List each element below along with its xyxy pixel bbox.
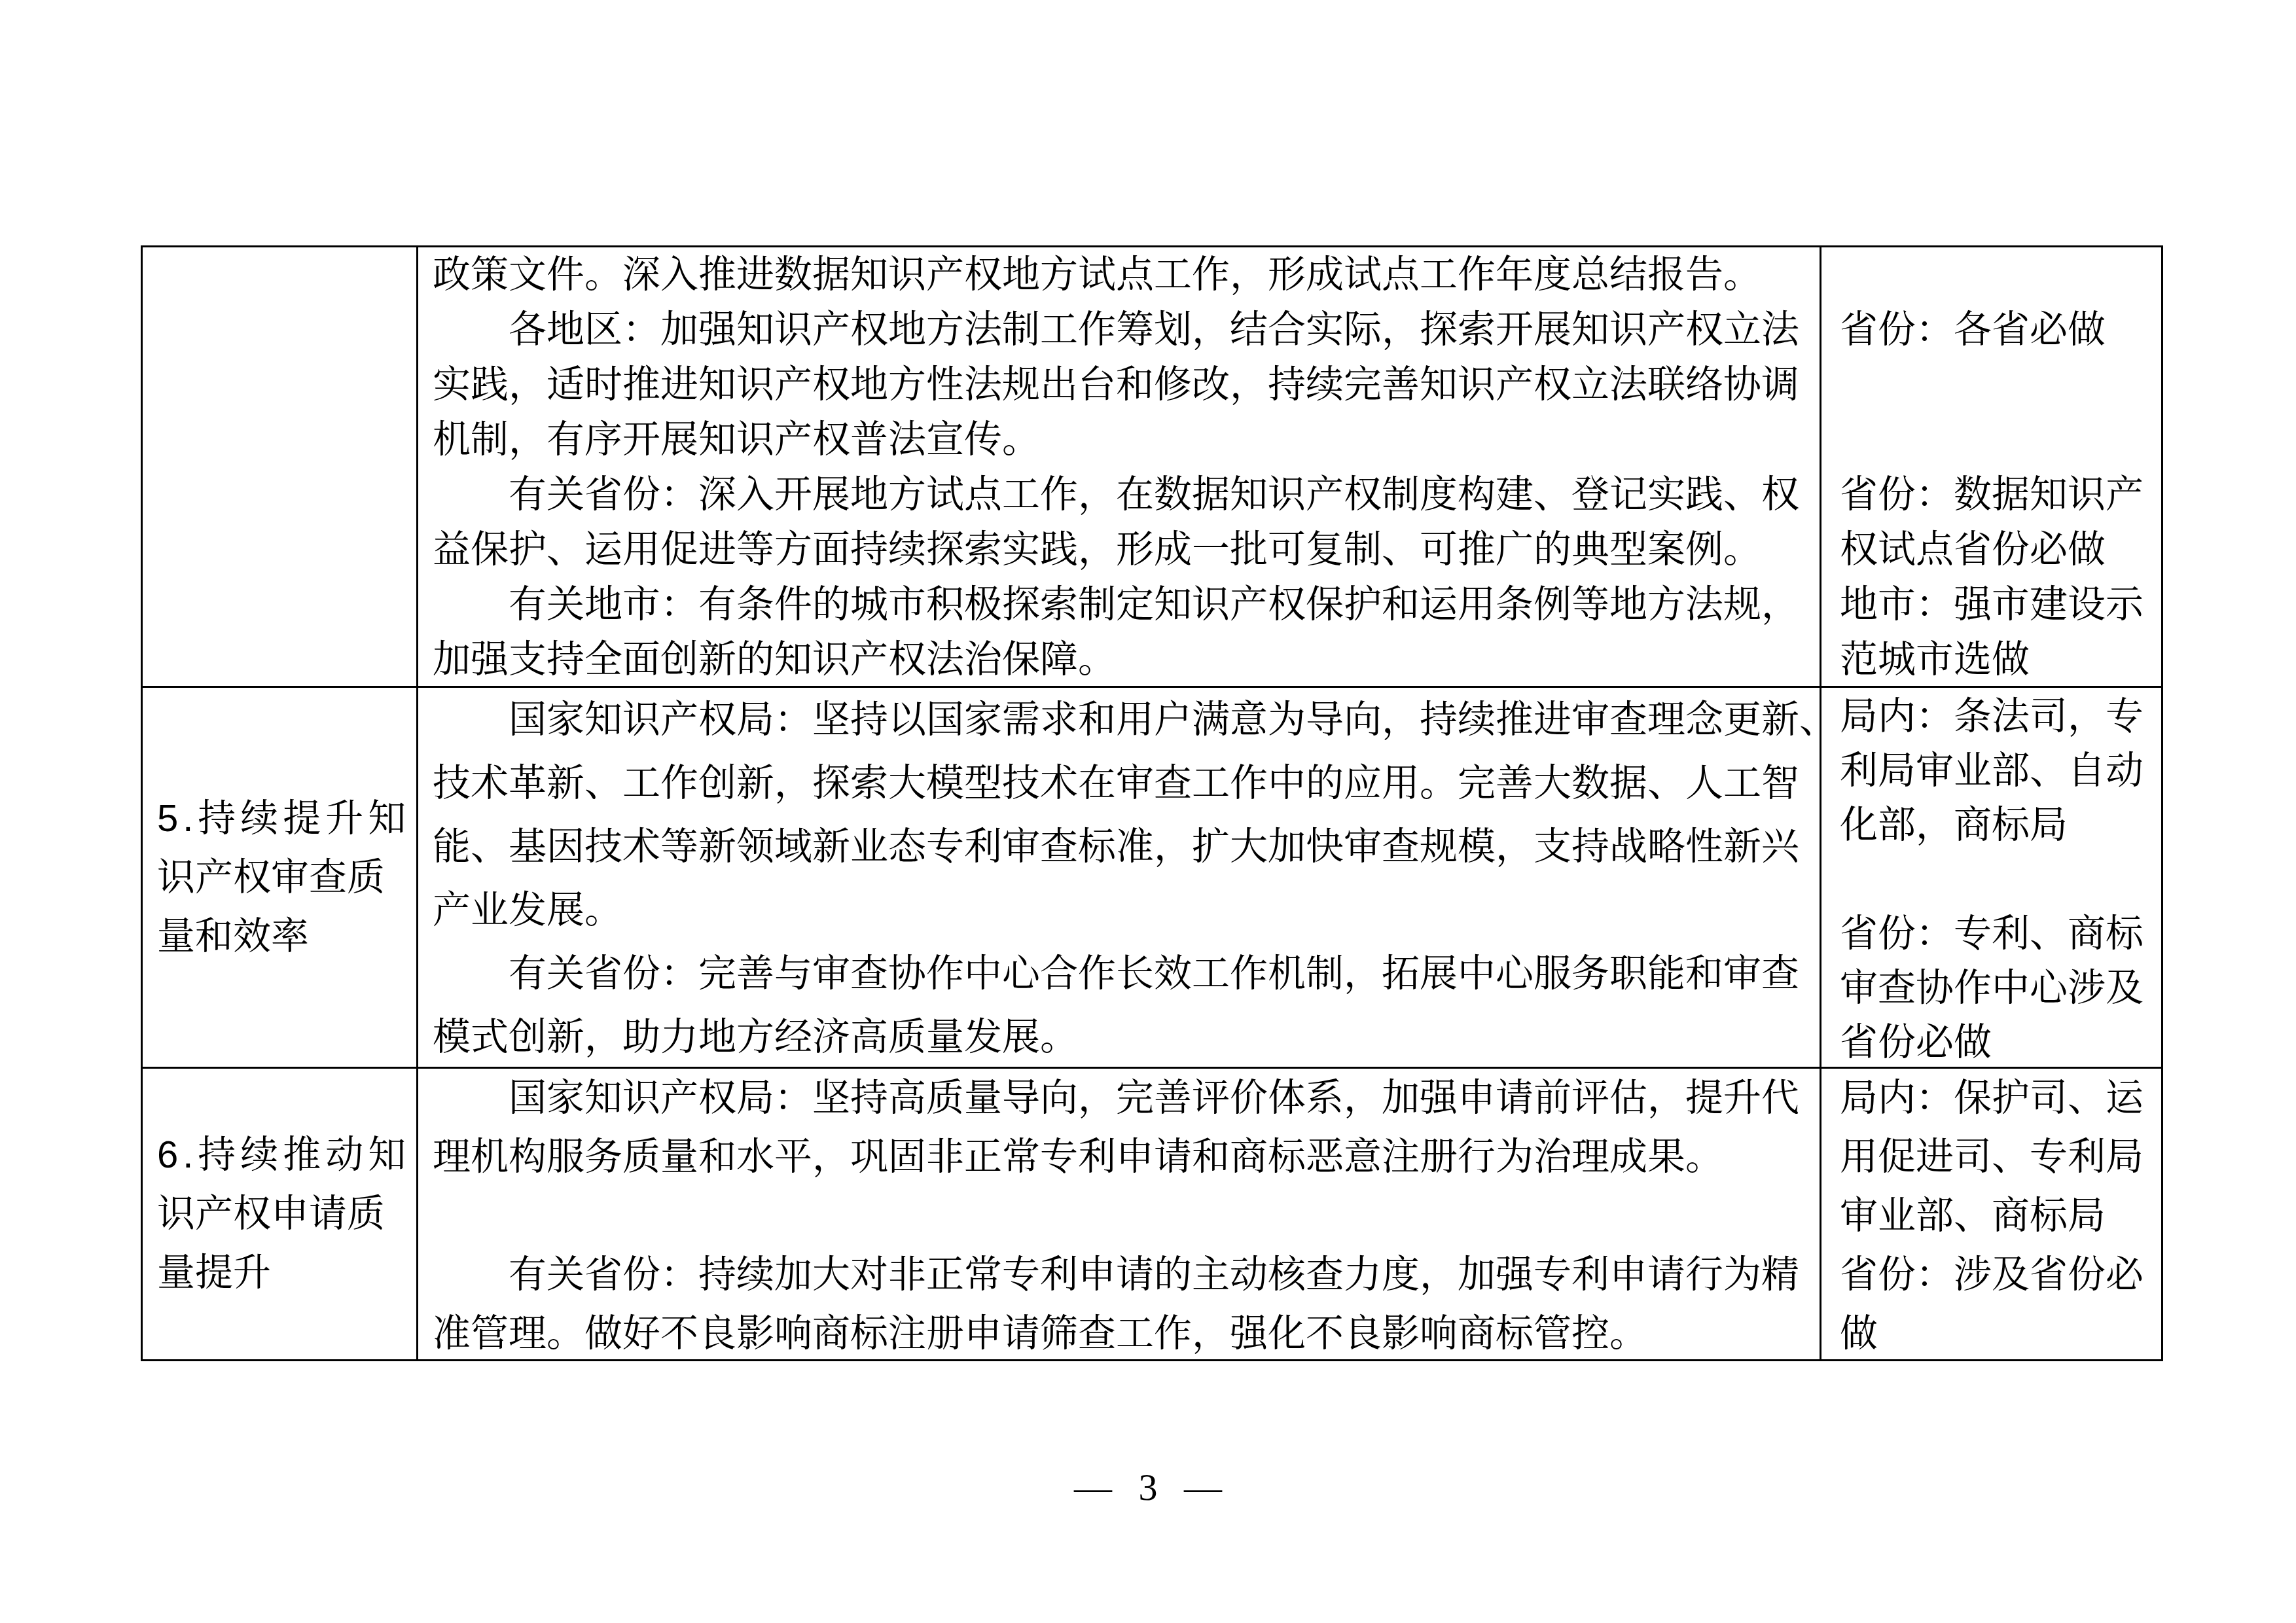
text-line: 6.持续推动知	[157, 1126, 402, 1185]
text-line: 识产权审查质	[157, 848, 402, 907]
text-line: 技术革新、工作创新，探索大模型技术在审查工作中的应用。完善大数据、人工智	[433, 751, 1805, 815]
text-line: 模式创新，助力地方经济高质量发展。	[433, 1005, 1805, 1069]
cell-task-row-continued	[143, 247, 418, 688]
text-line: 省份必做	[1840, 1015, 2143, 1069]
text-line: 益保护、运用促进等方面持续探索实践，形成一批可复制、可推广的典型案例。	[433, 522, 1805, 577]
text-line: 省份：专利、商标	[1840, 906, 2143, 961]
text-line: 审业部、商标局	[1840, 1186, 2143, 1245]
text-line: 有关地市：有条件的城市积极探索制定知识产权保护和运用条例等地方法规，	[433, 577, 1805, 632]
text-line: 省份：涉及省份必	[1840, 1245, 2143, 1304]
text-line: 量和效率	[157, 907, 402, 966]
cell-measures-row-continued: 政策文件。深入推进数据知识产权地方试点工作，形成试点工作年度总结报告。各地区：加…	[418, 247, 1821, 688]
text-line: 国家知识产权局：坚持高质量导向，完善评价体系，加强申请前评估，提升代	[433, 1069, 1805, 1128]
text-line: 有关省份：持续加大对非正常专利申请的主动核查力度，加强专利申请行为精	[433, 1245, 1805, 1304]
text-line: 局内：保护司、运	[1840, 1069, 2143, 1128]
text-line: 识产权申请质	[157, 1185, 402, 1243]
page-number: — 3 —	[0, 1465, 2296, 1510]
cell-measures-row-5: 国家知识产权局：坚持以国家需求和用户满意为导向，持续推进审查理念更新、技术革新、…	[418, 688, 1821, 1069]
text-line: 国家知识产权局：坚持以国家需求和用户满意为导向，持续推进审查理念更新、	[433, 688, 1805, 751]
cell-measures-row-6: 国家知识产权局：坚持高质量导向，完善评价体系，加强申请前评估，提升代理机构服务质…	[418, 1069, 1821, 1359]
document-page: 政策文件。深入推进数据知识产权地方试点工作，形成试点工作年度总结报告。各地区：加…	[0, 0, 2296, 1623]
text-line: 做	[1840, 1304, 2143, 1359]
text-line: 利局审业部、自动	[1840, 743, 2143, 798]
text-line: 量提升	[157, 1243, 402, 1302]
text-line: 产业发展。	[433, 878, 1805, 942]
text-line: 有关省份：深入开展地方试点工作，在数据知识产权制度构建、登记实践、权	[433, 467, 1805, 522]
text-line: 范城市选做	[1840, 632, 2143, 687]
text-line: 省份：数据知识产	[1840, 467, 2143, 522]
text-line: 能、基因技术等新领域新业态专利审查标准，扩大加快审查规模，支持战略性新兴	[433, 815, 1805, 878]
text-line: 5.持续提升知	[157, 789, 402, 848]
text-line: 各地区：加强知识产权地方法制工作筹划，结合实际，探索开展知识产权立法	[433, 302, 1805, 357]
text-line: 加强支持全面创新的知识产权法治保障。	[433, 632, 1805, 687]
text-line: 地市：强市建设示	[1840, 577, 2143, 632]
text-line: 审查协作中心涉及	[1840, 961, 2143, 1015]
text-line: 有关省份：完善与审查协作中心合作长效工作机制，拓展中心服务职能和审查	[433, 942, 1805, 1005]
text-line: 政策文件。深入推进数据知识产权地方试点工作，形成试点工作年度总结报告。	[433, 247, 1805, 302]
text-line: 理机构服务质量和水平，巩固非正常专利申请和商标恶意注册行为治理成果。	[433, 1128, 1805, 1186]
text-line: 化部，商标局	[1840, 798, 2143, 852]
text-line: 机制，有序开展知识产权普法宣传。	[433, 412, 1805, 467]
text-line: 局内：条法司，专	[1840, 689, 2143, 743]
cell-division-row-6: 局内：保护司、运用促进司、专利局审业部、商标局省份：涉及省份必做	[1821, 1069, 2161, 1359]
text-line: 权试点省份必做	[1840, 522, 2143, 577]
work-plan-table: 政策文件。深入推进数据知识产权地方试点工作，形成试点工作年度总结报告。各地区：加…	[141, 245, 2163, 1361]
text-line: 准管理。做好不良影响商标注册申请筛查工作，强化不良影响商标管控。	[433, 1304, 1805, 1359]
cell-task-row-5: 5.持续提升知识产权审查质量和效率	[143, 688, 418, 1069]
cell-division-row-continued: 省份：各省必做省份：数据知识产权试点省份必做地市：强市建设示范城市选做	[1821, 247, 2161, 688]
text-line: 用促进司、专利局	[1840, 1128, 2143, 1186]
cell-task-row-6: 6.持续推动知识产权申请质量提升	[143, 1069, 418, 1359]
text-line: 实践，适时推进知识产权地方性法规出台和修改，持续完善知识产权立法联络协调	[433, 357, 1805, 412]
cell-division-row-5: 局内：条法司，专利局审业部、自动化部，商标局省份：专利、商标审查协作中心涉及省份…	[1821, 688, 2161, 1069]
text-line: 省份：各省必做	[1840, 302, 2143, 357]
